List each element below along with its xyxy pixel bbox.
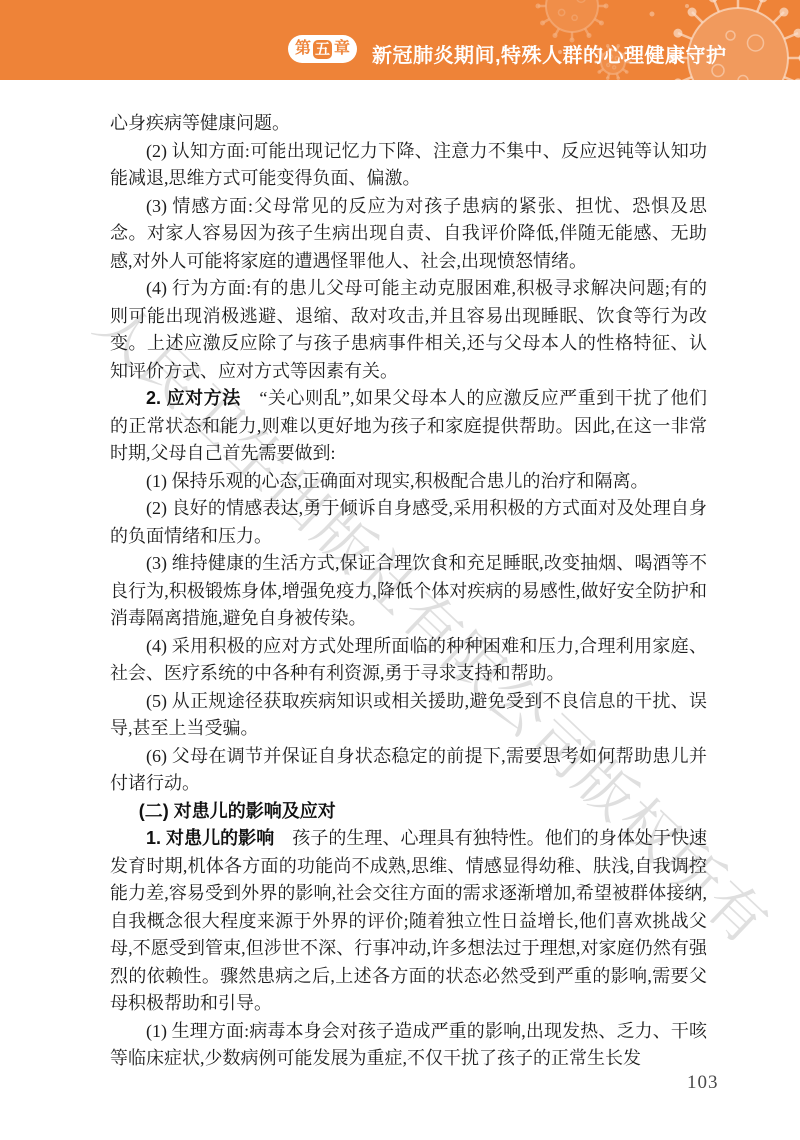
paragraph: (4) 采用积极的应对方式处理所面临的种种困难和压力,合理利用家庭、社会、医疗系… (110, 633, 707, 688)
paragraph: (2) 良好的情感表达,勇于倾诉自身感受,采用积极的方式面对及处理自身的负面情绪… (110, 495, 707, 550)
paragraph: (3) 情感方面:父母常见的反应为对孩子患病的紧张、担忧、恐惧及思念。对家人容易… (110, 193, 707, 276)
paragraph: 2. 应对方法 “关心则乱”,如果父母本人的应激反应严重到干扰了他们的正常状态和… (110, 385, 707, 468)
run-in-heading: 1. 对患儿的影响 (146, 828, 274, 848)
paragraph: (2) 认知方面:可能出现记忆力下降、注意力不集中、反应迟钝等认知功能减退,思维… (110, 138, 707, 193)
virus-dot-icon (685, 4, 689, 8)
paragraph: (5) 从正规途径获取疾病知识或相关援助,避免受到不良信息的干扰、误导,甚至上当… (110, 688, 707, 743)
chapter-header-band: 第 五 章 新冠肺炎期间,特殊人群的心理健康守护 (0, 0, 800, 80)
paragraph: 1. 对患儿的影响 孩子的生理、心理具有独特性。他们的身体处于快速发育时期,机体… (110, 825, 707, 1018)
chapter-badge-prefix: 第 (295, 41, 311, 57)
run-in-heading: 2. 应对方法 (146, 388, 241, 408)
virus-dot-icon (650, 12, 655, 17)
paragraph: 心身疾病等健康问题。 (110, 110, 707, 138)
book-page: 第 五 章 新冠肺炎期间,特殊人群的心理健康守护 人民卫生出版社有限公司版权所有… (0, 0, 800, 1140)
paragraph: (4) 行为方面:有的患儿父母可能主动克服困难,积极寻求解决问题;有的则可能出现… (110, 275, 707, 385)
paragraph: (1) 保持乐观的心态,正确面对现实,积极配合患儿的治疗和隔离。 (110, 468, 707, 496)
page-content: 心身疾病等健康问题。(2) 认知方面:可能出现记忆力下降、注意力不集中、反应迟钝… (110, 110, 707, 1073)
page-number: 103 (687, 1072, 719, 1094)
chapter-badge-suffix: 章 (334, 41, 350, 57)
virus-particle-icon (536, 0, 609, 43)
chapter-badge: 第 五 章 (288, 35, 357, 63)
paragraph: (6) 父母在调节并保证自身状态稳定的前提下,需要思考如何帮助患儿并付诸行动。 (110, 743, 707, 798)
paragraph: (3) 维持健康的生活方式,保证合理饮食和充足睡眠,改变抽烟、喝酒等不良行为,积… (110, 550, 707, 633)
paragraph: (1) 生理方面:病毒本身会对孩子造成严重的影响,出现发热、乏力、干咳等临床症状… (110, 1018, 707, 1073)
chapter-title: 新冠肺炎期间,特殊人群的心理健康守护 (372, 39, 727, 68)
section-heading: (二) 对患儿的影响及应对 (110, 798, 707, 826)
chapter-badge-number: 五 (313, 40, 332, 59)
